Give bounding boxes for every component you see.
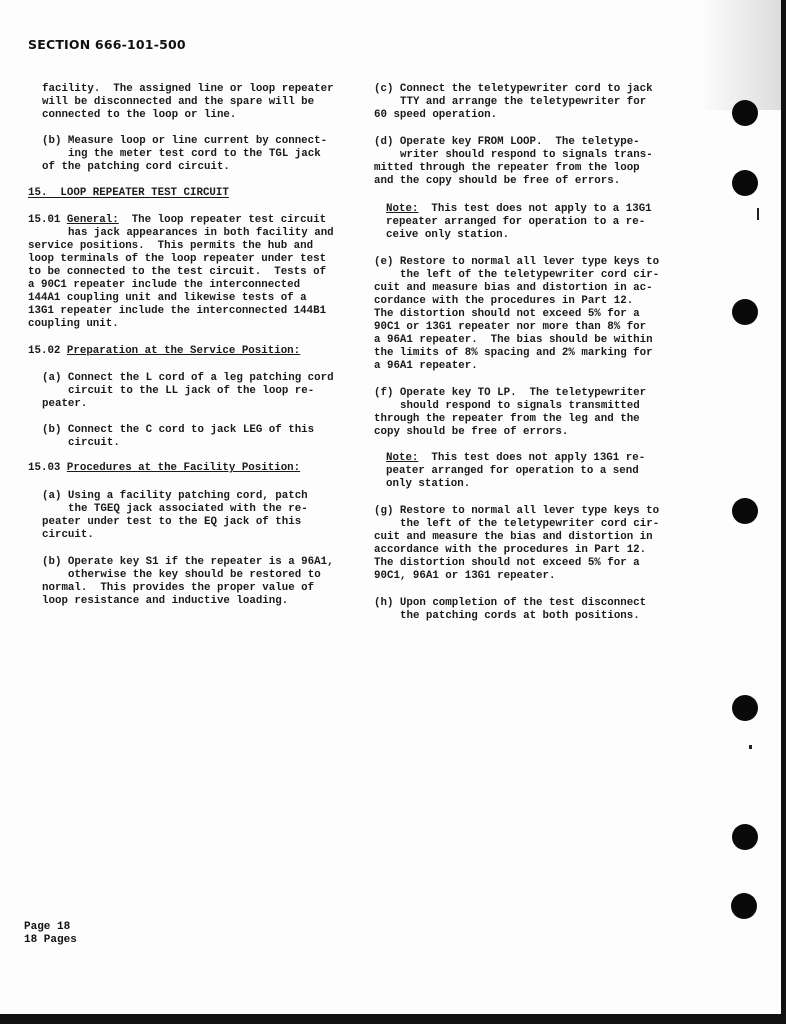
page-count: 18 Pages xyxy=(24,934,77,947)
list-item-e: cordance with the procedures in Part 12. xyxy=(374,295,633,308)
paragraph-15-01-line: a 90C1 repeater include the interconnect… xyxy=(28,279,300,292)
paragraph-title: Procedures at the Facility Position: xyxy=(67,462,300,474)
note-line: ceive only station. xyxy=(386,229,509,242)
note-line: peater arranged for operation to a send xyxy=(386,465,639,478)
list-item-e: the left of the teletypewriter cord cir- xyxy=(400,269,659,282)
list-item-c: 60 speed operation. xyxy=(374,109,497,122)
page-number: Page 18 xyxy=(24,921,70,934)
punch-hole-icon xyxy=(732,170,758,196)
list-item-b: loop resistance and inductive loading. xyxy=(42,595,288,608)
punch-hole-icon xyxy=(731,893,757,919)
list-item-e: cuit and measure bias and distortion in … xyxy=(374,282,653,295)
note: Note: This test does not apply 13G1 re- xyxy=(386,452,645,465)
list-item-a: peater. xyxy=(42,398,87,411)
list-item-e: 90C1 or 13G1 repeater nor more than 8% f… xyxy=(374,321,646,334)
section-heading: 15. LOOP REPEATER TEST CIRCUIT xyxy=(28,187,229,200)
list-item-b: (b) Connect the C cord to jack LEG of th… xyxy=(42,424,314,437)
document-page: SECTION 666-101-500 facility. The assign… xyxy=(0,0,786,1024)
list-item-c: (c) Connect the teletypewriter cord to j… xyxy=(374,83,653,96)
list-item-e: a 96A1 repeater. xyxy=(374,360,478,373)
scan-speck xyxy=(749,745,752,749)
list-item-b: otherwise the key should be restored to xyxy=(68,569,321,582)
list-item-a: (a) Connect the L cord of a leg patching… xyxy=(42,372,334,385)
list-item-c: TTY and arrange the teletypewriter for xyxy=(400,96,646,109)
paragraph-15-01: 15.01 General: The loop repeater test ci… xyxy=(28,214,326,227)
underlined-label: Note: xyxy=(386,452,418,464)
list-item-a: the TGEQ jack associated with the re- xyxy=(68,503,308,516)
list-item-a: circuit. xyxy=(42,529,94,542)
punch-hole-icon xyxy=(732,299,758,325)
list-item-b: of the patching cord circuit. xyxy=(42,161,230,174)
list-item-b: ing the meter test cord to the TGL jack xyxy=(68,148,321,161)
list-item-d: writer should respond to signals trans- xyxy=(400,149,653,162)
note: Note: This test does not apply to a 13G1 xyxy=(386,203,652,216)
paragraph-15-02-heading: 15.02 Preparation at the Service Positio… xyxy=(28,345,300,358)
list-item-a: circuit to the LL jack of the loop re- xyxy=(68,385,314,398)
list-item-f: through the repeater from the leg and th… xyxy=(374,413,640,426)
paragraph-continuation: facility. The assigned line or loop repe… xyxy=(42,83,334,96)
list-item-d: mitted through the repeater from the loo… xyxy=(374,162,640,175)
section-header: SECTION 666-101-500 xyxy=(28,37,186,52)
paragraph-15-01-line: loop terminals of the loop repeater unde… xyxy=(28,253,326,266)
list-item-g: the left of the teletypewriter cord cir- xyxy=(400,518,659,531)
list-item-e: a 96A1 repeater. The bias should be with… xyxy=(374,334,653,347)
list-item-f: (f) Operate key TO LP. The teletypewrite… xyxy=(374,387,646,400)
paragraph-15-03-heading: 15.03 Procedures at the Facility Positio… xyxy=(28,462,300,475)
punch-hole-icon xyxy=(732,824,758,850)
list-item-d: and the copy should be free of errors. xyxy=(374,175,620,188)
list-item-b: circuit. xyxy=(68,437,120,450)
list-item-g: 90C1, 96A1 or 13G1 repeater. xyxy=(374,570,555,583)
punch-hole-icon xyxy=(732,498,758,524)
list-item-f: copy should be free of errors. xyxy=(374,426,568,439)
paragraph-15-01-line: 144A1 coupling unit and likewise tests o… xyxy=(28,292,307,305)
list-item-b: (b) Measure loop or line current by conn… xyxy=(42,135,327,148)
list-item-h: (h) Upon completion of the test disconne… xyxy=(374,597,646,610)
paragraph-15-01-line: service positions. This permits the hub … xyxy=(28,240,313,253)
paragraph-title: Preparation at the Service Position: xyxy=(67,345,300,357)
paragraph-continuation: will be disconnected and the spare will … xyxy=(42,96,314,109)
punch-hole-icon xyxy=(732,695,758,721)
paragraph-15-01-line: coupling unit. xyxy=(28,318,119,331)
list-item-a: (a) Using a facility patching cord, patc… xyxy=(42,490,308,503)
paragraph-15-01-line: to be connected to the test circuit. Tes… xyxy=(28,266,326,279)
scan-edge-bottom xyxy=(0,1014,786,1024)
list-item-h: the patching cords at both positions. xyxy=(400,610,640,623)
underlined-label: Note: xyxy=(386,203,418,215)
list-item-e: (e) Restore to normal all lever type key… xyxy=(374,256,659,269)
scan-speck xyxy=(757,208,759,220)
note-line: only station. xyxy=(386,478,470,491)
list-item-b: normal. This provides the proper value o… xyxy=(42,582,314,595)
punch-hole-icon xyxy=(732,100,758,126)
paragraph-15-01-line: 13G1 repeater include the interconnected… xyxy=(28,305,326,318)
list-item-e: the limits of 8% spacing and 2% marking … xyxy=(374,347,653,360)
note-line: repeater arranged for operation to a re- xyxy=(386,216,645,229)
list-item-f: should respond to signals transmitted xyxy=(400,400,640,413)
list-item-g: The distortion should not exceed 5% for … xyxy=(374,557,640,570)
list-item-d: (d) Operate key FROM LOOP. The teletype- xyxy=(374,136,640,149)
list-item-a: peater under test to the EQ jack of this xyxy=(42,516,301,529)
list-item-g: accordance with the procedures in Part 1… xyxy=(374,544,646,557)
paragraph-title: General: xyxy=(67,214,119,226)
list-item-g: (g) Restore to normal all lever type key… xyxy=(374,505,659,518)
list-item-e: The distortion should not exceed 5% for … xyxy=(374,308,640,321)
list-item-b: (b) Operate key S1 if the repeater is a … xyxy=(42,556,334,569)
paragraph-15-01-line: has jack appearances in both facility an… xyxy=(68,227,334,240)
scan-shadow xyxy=(700,0,781,110)
list-item-g: cuit and measure the bias and distortion… xyxy=(374,531,653,544)
scan-edge-right xyxy=(781,0,786,1024)
paragraph-continuation: connected to the loop or line. xyxy=(42,109,236,122)
